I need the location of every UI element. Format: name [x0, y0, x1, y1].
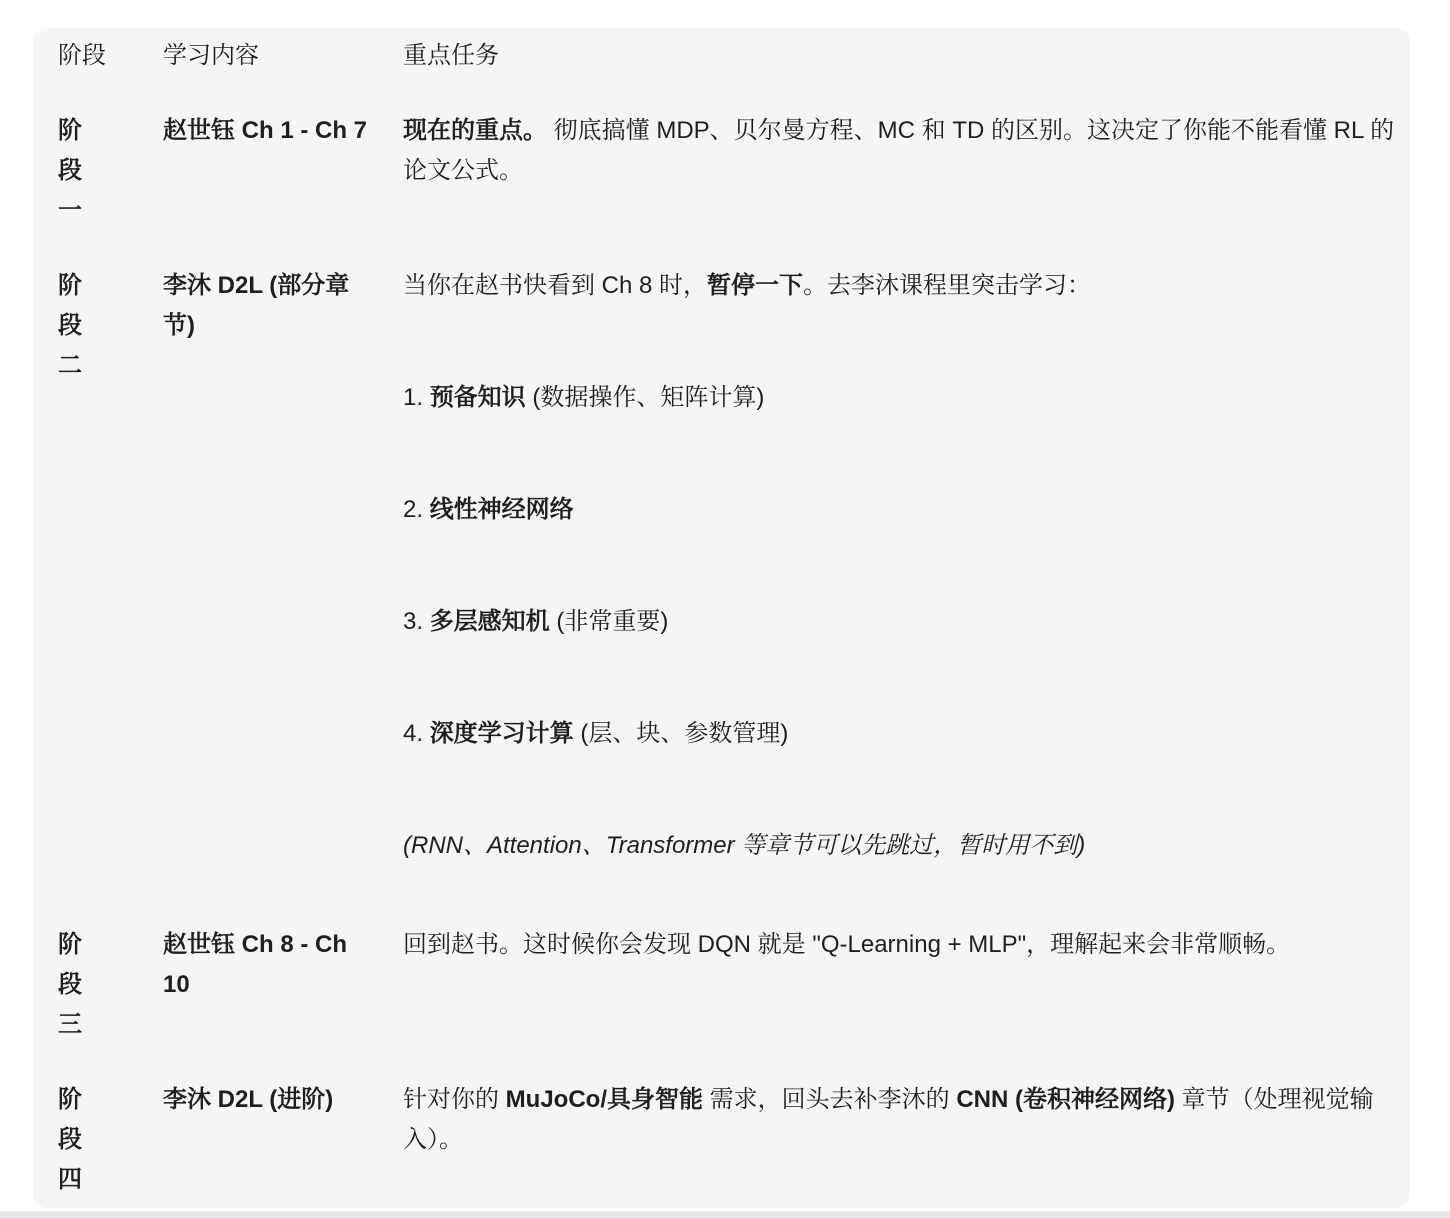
table-body: 阶段一赵世钰 Ch 1 - Ch 7现在的重点。 彻底搞懂 MDP、贝尔曼方程、… — [58, 76, 1395, 1200]
text-run: 彻底搞懂 MDP、贝尔曼方程、MC 和 TD 的区别。这决定了你能不能看懂 RL… — [403, 117, 1394, 184]
bold-text-run: 赵世钰 Ch 8 - Ch 10 — [163, 931, 347, 998]
task-paragraph: 1. 预备知识 (数据操作、矩阵计算) — [403, 378, 1395, 418]
task-paragraph: 回到赵书。这时候你会发现 DQN 就是 "Q-Learning + MLP"，理… — [403, 925, 1395, 965]
text-run: 3. — [403, 608, 430, 635]
bold-text-run: 线性神经网络 — [430, 496, 574, 523]
task-paragraph: 2. 线性神经网络 — [403, 490, 1395, 530]
column-header-task: 重点任务 — [403, 36, 1395, 76]
learning-plan-table: 阶段 学习内容 重点任务 阶段一赵世钰 Ch 1 - Ch 7现在的重点。 彻底… — [33, 28, 1410, 1208]
content-cell: 赵世钰 Ch 8 - Ch 10 — [163, 925, 403, 1045]
stage-label: 阶段一 — [58, 111, 83, 231]
stage-cell: 阶段四 — [58, 1080, 163, 1200]
stage-label: 阶段二 — [58, 266, 83, 386]
table-row-stage-4: 阶段四李沐 D2L (进阶)针对你的 MuJoCo/具身智能 需求，回头去补李沐… — [58, 1045, 1395, 1200]
text-run: (非常重要) — [550, 608, 669, 635]
bold-text-run: 多层感知机 — [430, 608, 550, 635]
task-paragraph: 当你在赵书快看到 Ch 8 时，暂停一下。去李沐课程里突击学习： — [403, 266, 1395, 306]
text-run: 需求，回头去补李沐的 — [703, 1086, 956, 1113]
task-cell: 现在的重点。 彻底搞懂 MDP、贝尔曼方程、MC 和 TD 的区别。这决定了你能… — [403, 111, 1395, 231]
task-paragraph: 3. 多层感知机 (非常重要) — [403, 602, 1395, 642]
text-run: 1. — [403, 384, 430, 411]
bold-text-run: 深度学习计算 — [430, 720, 574, 747]
table-row-stage-1: 阶段一赵世钰 Ch 1 - Ch 7现在的重点。 彻底搞懂 MDP、贝尔曼方程、… — [58, 76, 1395, 231]
table-row-stage-3: 阶段三赵世钰 Ch 8 - Ch 10回到赵书。这时候你会发现 DQN 就是 "… — [58, 890, 1395, 1045]
column-header-stage: 阶段 — [58, 36, 163, 76]
text-run: 回到赵书。这时候你会发现 DQN 就是 "Q-Learning + MLP"，理… — [403, 931, 1290, 958]
bold-text-run: 暂停一下 — [707, 272, 803, 299]
task-paragraph: 针对你的 MuJoCo/具身智能 需求，回头去补李沐的 CNN (卷积神经网络)… — [403, 1080, 1395, 1160]
text-run: 当你在赵书快看到 Ch 8 时， — [403, 272, 707, 299]
task-paragraph: 现在的重点。 彻底搞懂 MDP、贝尔曼方程、MC 和 TD 的区别。这决定了你能… — [403, 111, 1395, 191]
stage-label: 阶段三 — [58, 925, 83, 1045]
bold-text-run: 预备知识 — [430, 384, 526, 411]
task-cell: 当你在赵书快看到 Ch 8 时，暂停一下。去李沐课程里突击学习：1. 预备知识 … — [403, 266, 1395, 890]
task-cell: 回到赵书。这时候你会发现 DQN 就是 "Q-Learning + MLP"，理… — [403, 925, 1395, 1045]
table-header-row: 阶段 学习内容 重点任务 — [58, 34, 1395, 76]
stage-label: 阶段四 — [58, 1080, 83, 1200]
text-run: (数据操作、矩阵计算) — [526, 384, 765, 411]
text-run: (层、块、参数管理) — [574, 720, 789, 747]
text-run: 。去李沐课程里突击学习： — [803, 272, 1091, 299]
bold-text-run: 现在的重点。 — [403, 117, 547, 144]
bold-text-run: CNN (卷积神经网络) — [956, 1086, 1175, 1113]
content-cell: 李沐 D2L (部分章节) — [163, 266, 403, 890]
text-run: 4. — [403, 720, 430, 747]
task-paragraph: (RNN、Attention、Transformer 等章节可以先跳过，暂时用不… — [403, 826, 1395, 866]
content-cell: 李沐 D2L (进阶) — [163, 1080, 403, 1200]
italic-text-run: (RNN、Attention、Transformer 等章节可以先跳过，暂时用不… — [403, 832, 1085, 859]
content-cell: 赵世钰 Ch 1 - Ch 7 — [163, 111, 403, 231]
bold-text-run: 李沐 D2L (部分章节) — [163, 272, 349, 339]
column-header-content: 学习内容 — [163, 36, 403, 76]
text-run: 针对你的 — [403, 1086, 506, 1113]
bold-text-run: 赵世钰 Ch 1 - Ch 7 — [163, 117, 367, 144]
task-cell: 针对你的 MuJoCo/具身智能 需求，回头去补李沐的 CNN (卷积神经网络)… — [403, 1080, 1395, 1200]
stage-cell: 阶段一 — [58, 111, 163, 231]
stage-cell: 阶段二 — [58, 266, 163, 890]
table-row-stage-2: 阶段二李沐 D2L (部分章节)当你在赵书快看到 Ch 8 时，暂停一下。去李沐… — [58, 231, 1395, 890]
stage-cell: 阶段三 — [58, 925, 163, 1045]
bold-text-run: MuJoCo/具身智能 — [506, 1086, 703, 1113]
text-run: 2. — [403, 496, 430, 523]
bold-text-run: 李沐 D2L (进阶) — [163, 1086, 333, 1113]
task-paragraph: 4. 深度学习计算 (层、块、参数管理) — [403, 714, 1395, 754]
bottom-divider — [0, 1211, 1450, 1218]
